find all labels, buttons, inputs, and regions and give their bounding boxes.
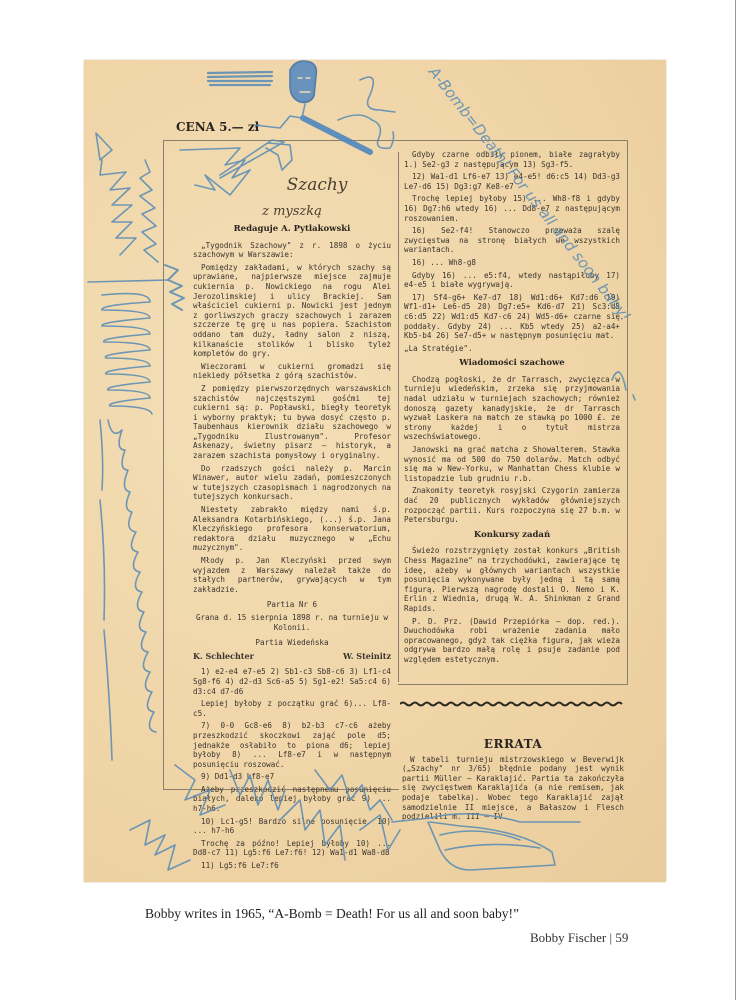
black-player: W. Steinitz: [343, 652, 391, 662]
price-label: CENA 5.— zł: [176, 120, 259, 134]
column-title: Szachy: [243, 175, 391, 195]
moves-paragraph: 7) 0-0 Gc8-e6 8) b2-b3 c7-c6 ażeby przes…: [193, 721, 391, 769]
column-divider: [398, 152, 399, 682]
moves-paragraph: 10) Lc1-g5! Bardzo silne posunięcie. 10)…: [193, 817, 391, 836]
frame-right-line: [627, 140, 628, 685]
frame-left-line: [163, 140, 164, 790]
game-info: Grana d. 15 sierpnia 1898 r. na turnieju…: [193, 613, 391, 632]
news-heading: Wiadomości szachowe: [404, 359, 620, 369]
editor-line: Redaguje A. Pytlakowski: [193, 225, 391, 235]
moves-paragraph: Gdyby czarne odbiły pionem, białe zagrał…: [404, 150, 620, 169]
opening-name: Partia Wiedeńska: [193, 638, 391, 648]
errata-section: ERRATA W tabeli turnieju mistrzowskiego …: [402, 740, 624, 825]
article-paragraph: Pomiędzy zakładami, w których szachy są …: [193, 263, 391, 359]
errata-heading: ERRATA: [402, 740, 624, 750]
moves-paragraph: Trochę lepiej byłoby 15) ... Wh8-f8 i gd…: [404, 194, 620, 223]
article-paragraph: Do rzadszych gości należy p. Marcin Wina…: [193, 464, 391, 502]
page-number: 59: [615, 930, 628, 945]
moves-paragraph: 1) e2-e4 e7-e5 2) Sb1-c3 Sb8-c6 3) Lf1-c…: [193, 667, 391, 696]
article-paragraph: Z pomiędzy pierwszorzędnych warszawskich…: [193, 384, 391, 461]
moves-paragraph: 17) Sf4-g6+ Ke7-d7 18) Wd1:d6+ Kd7:d6 19…: [404, 293, 620, 341]
moves-paragraph: 16) ... Wh8-g8: [404, 258, 620, 268]
white-player: K. Schlechter: [193, 652, 254, 662]
moves-paragraph: 12) Wa1-d1 Lf6-e7 13) e4-e5! d6:c5 14) D…: [404, 172, 620, 191]
game-title: Partia Nr 6: [193, 600, 391, 610]
frame-bottom-right-line: [398, 684, 628, 685]
running-head: Bobby Fischer: [530, 930, 606, 945]
moves-paragraph: Gdyby 16) ... e5:f4, wtedy nastąpiłoby 1…: [404, 271, 620, 290]
errata-paragraph: W tabeli turnieju mistrzowskiego w Bever…: [402, 755, 624, 822]
moves-paragraph: 11) Lg5:f6 Le7:f6: [193, 861, 391, 871]
footer-separator: |: [606, 930, 615, 945]
players-row: K. Schlechter W. Steinitz: [193, 652, 391, 662]
intro-paragraph: „Tygodnik Szachowy" z r. 1898 o życiu sz…: [193, 241, 391, 260]
frame-top-line: [163, 140, 628, 141]
photo-caption: Bobby writes in 1965, “A-Bomb = Death! F…: [145, 906, 519, 922]
left-column: Szachy z myszką Redaguje A. Pytlakowski …: [193, 175, 391, 874]
page-edge: [735, 0, 736, 1000]
article-paragraph: Wieczorami w cukierni gromadzi się nieki…: [193, 362, 391, 381]
moves-paragraph: 16) Se2-f4! Stanowczo przeważa szalę zwy…: [404, 226, 620, 255]
article-paragraph: Młody p. Jan Kleczyński przed swym wyjaz…: [193, 556, 391, 594]
moves-paragraph: Trochę za późno! Lepiej byłoby 10) ... D…: [193, 839, 391, 858]
news-paragraph: Chodzą pogłoski, że dr Tarrasch, zwycięz…: [404, 375, 620, 442]
article-paragraph: Niestety zabrakło między nami ś.p. Aleks…: [193, 505, 391, 553]
news-paragraph: Janowski ma grać matcha z Showalterem. S…: [404, 445, 620, 483]
contest-heading: Konkursy zadań: [404, 531, 620, 541]
wavy-rule: [400, 701, 625, 707]
right-column: Gdyby czarne odbiły pionem, białe zagrał…: [404, 150, 620, 668]
page-footer: Bobby Fischer | 59: [530, 930, 628, 946]
moves-paragraph: Lepiej byłoby z początku grać 6)... Lf8-…: [193, 699, 391, 718]
moves-paragraph: Ażeby przeszkodzić następnemu posunięciu…: [193, 785, 391, 814]
news-paragraph: Znakomity teoretyk rosyjski Czygorin zam…: [404, 486, 620, 524]
column-subtitle: z myszką: [193, 203, 391, 221]
source-credit: „La Stratégie".: [404, 344, 620, 354]
contest-paragraph: P. D. Prz. (Dawid Przepiórka — dop. red.…: [404, 617, 620, 665]
moves-paragraph: 9) Dd1-d3 Lf8-e7: [193, 772, 391, 782]
contest-paragraph: Świeżo rozstrzygnięty został konkurs „Br…: [404, 546, 620, 613]
